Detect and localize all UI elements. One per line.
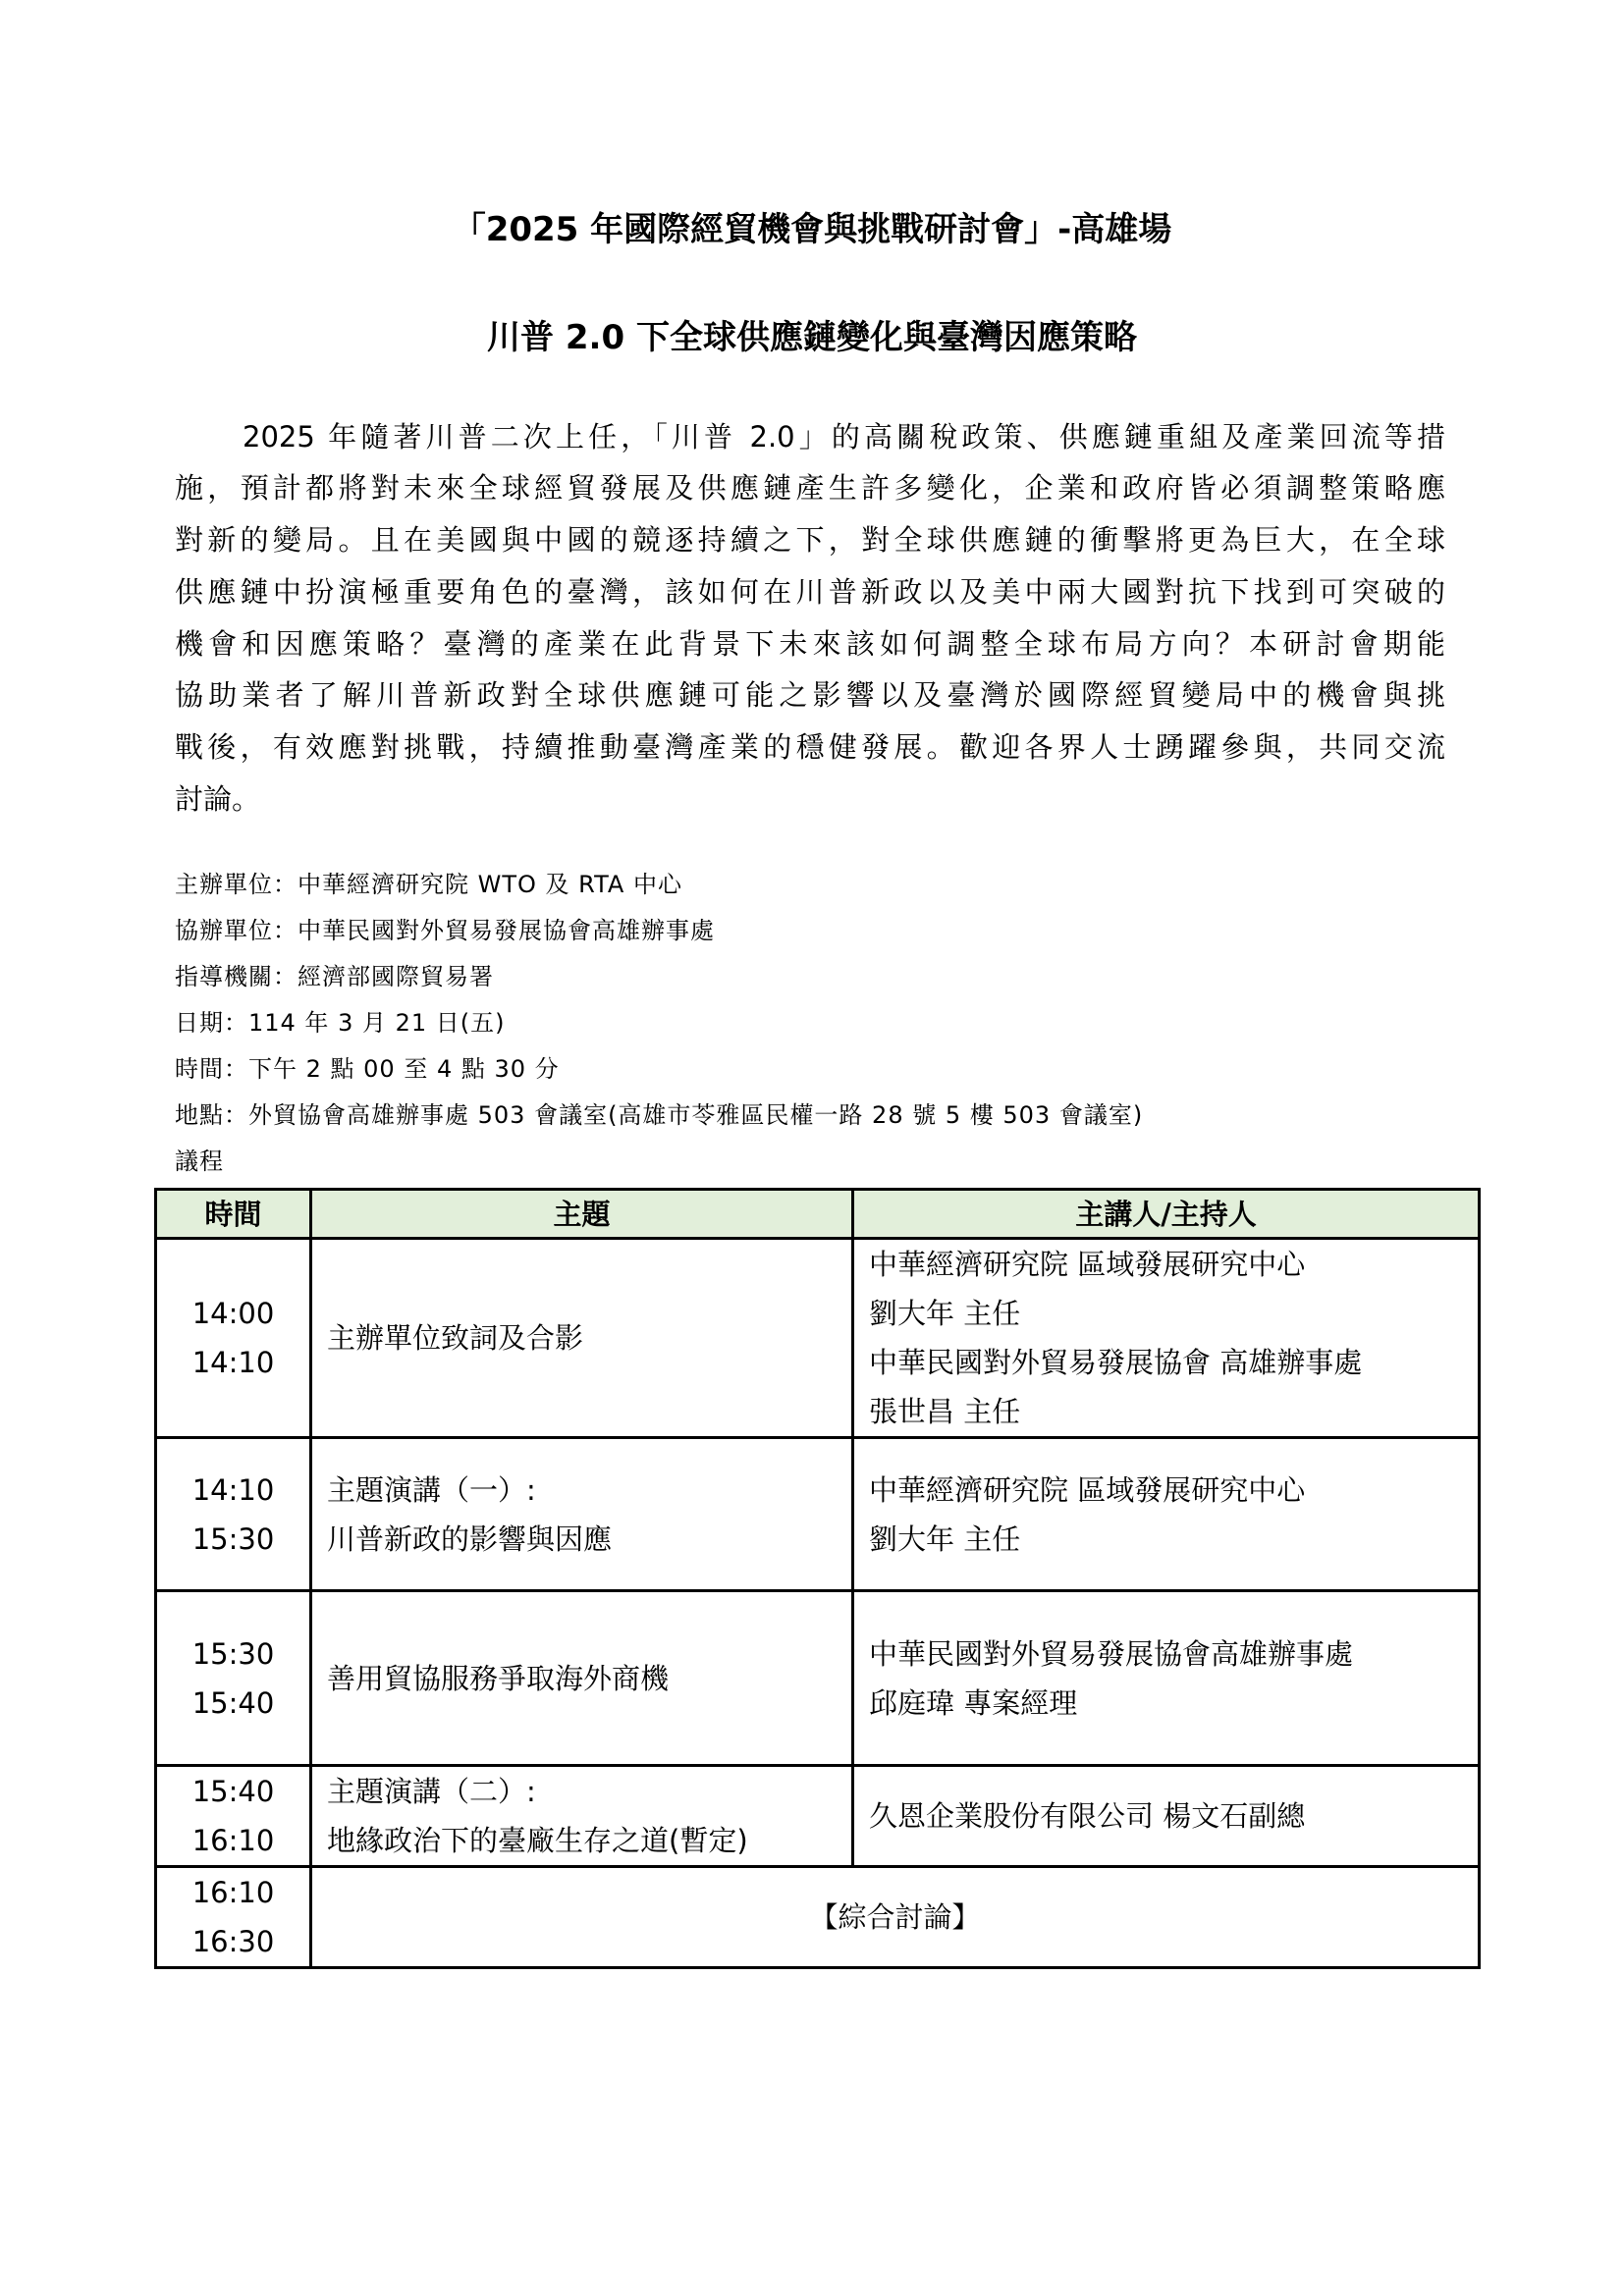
intro-line: 協助業者了解川普新政對全球供應鏈可能之影響以及臺灣於國際經貿變局中的機會與挑 [175, 675, 1445, 715]
intro-line: 戰後，有效應對挑戰，持續推動臺灣產業的穩健發展。歡迎各界人士踴躍參與，共同交流 [175, 727, 1445, 767]
document-subtitle: 川普 2.0 下全球供應鏈變化與臺灣因應策略 [0, 316, 1624, 359]
agenda-label: 議程 [175, 1146, 224, 1177]
speaker-cell: 中華經濟研究院 區域發展研究中心 劉大年 主任 中華民國對外貿易發展協會 高雄辦… [853, 1239, 1480, 1438]
co-organizer: 協辦單位：中華民國對外貿易發展協會高雄辦事處 [175, 915, 715, 946]
header-time: 時間 [156, 1190, 311, 1239]
topic-cell: 主題演講（一）: 川普新政的影響與因應 [311, 1438, 853, 1591]
event-date: 日期：114 年 3 月 21 日(五) [175, 1007, 506, 1039]
time-cell: 15:30 15:40 [156, 1591, 311, 1766]
time-end: 14:10 [157, 1338, 309, 1387]
topic-line: 主題演講（二）: [327, 1767, 851, 1816]
header-topic: 主題 [311, 1190, 853, 1239]
organizer: 主辦單位：中華經濟研究院 WTO 及 RTA 中心 [175, 869, 682, 900]
time-cell: 15:40 16:10 [156, 1766, 311, 1867]
topic-line: 主辦單位致詞及合影 [327, 1313, 851, 1362]
intro-line: 2025 年隨著川普二次上任，「川普 2.0」的高關稅政策、供應鏈重組及產業回流… [243, 417, 1445, 456]
speaker-cell: 中華民國對外貿易發展協會高雄辦事處 邱庭瑋 專案經理 [853, 1591, 1480, 1766]
agenda-row: 15:30 15:40 善用貿協服務爭取海外商機 中華民國對外貿易發展協會高雄辦… [156, 1591, 1480, 1766]
speaker-line: 中華經濟研究院 區域發展研究中心 [869, 1466, 1478, 1515]
topic-cell: 善用貿協服務爭取海外商機 [311, 1591, 853, 1766]
intro-line: 討論。 [175, 779, 1445, 819]
speaker-line: 中華民國對外貿易發展協會 高雄辦事處 [869, 1338, 1478, 1387]
time-cell: 14:10 15:30 [156, 1438, 311, 1591]
event-venue: 地點：外貿協會高雄辦事處 503 會議室(高雄市苓雅區民權一路 28 號 5 樓… [175, 1099, 1143, 1131]
intro-line: 機會和因應策略？臺灣的產業在此背景下未來該如何調整全球布局方向？本研討會期能 [175, 624, 1445, 664]
discussion-cell: 【綜合討論】 [311, 1867, 1480, 1968]
topic-line: 川普新政的影響與因應 [327, 1515, 851, 1564]
intro-line: 供應鏈中扮演極重要角色的臺灣，該如何在川普新政以及美中兩大國對抗下找到可突破的 [175, 572, 1445, 612]
agenda-row: 16:10 16:30 【綜合討論】 [156, 1867, 1480, 1968]
speaker-line: 張世昌 主任 [869, 1387, 1478, 1436]
time-end: 16:10 [157, 1816, 309, 1865]
time-start: 15:30 [157, 1629, 309, 1679]
speaker-line: 劉大年 主任 [869, 1289, 1478, 1338]
speaker-line: 中華民國對外貿易發展協會高雄辦事處 [869, 1629, 1478, 1679]
time-end: 15:30 [157, 1515, 309, 1564]
time-cell: 14:00 14:10 [156, 1239, 311, 1438]
time-start: 16:10 [157, 1868, 309, 1917]
topic-cell: 主題演講（二）: 地緣政治下的臺廠生存之道(暫定) [311, 1766, 853, 1867]
agenda-table: 時間 主題 主講人/主持人 14:00 14:10 主辦單位致詞及合影 中華經濟… [154, 1188, 1481, 1969]
event-time: 時間：下午 2 點 00 至 4 點 30 分 [175, 1053, 560, 1085]
intro-line: 對新的變局。且在美國與中國的競逐持續之下，對全球供應鏈的衝擊將更為巨大，在全球 [175, 520, 1445, 560]
speaker-line: 劉大年 主任 [869, 1515, 1478, 1564]
topic-cell: 主辦單位致詞及合影 [311, 1239, 853, 1438]
agenda-row: 15:40 16:10 主題演講（二）: 地緣政治下的臺廠生存之道(暫定) 久恩… [156, 1766, 1480, 1867]
speaker-line: 邱庭瑋 專案經理 [869, 1679, 1478, 1728]
speaker-cell: 中華經濟研究院 區域發展研究中心 劉大年 主任 [853, 1438, 1480, 1591]
agenda-row: 14:00 14:10 主辦單位致詞及合影 中華經濟研究院 區域發展研究中心 劉… [156, 1239, 1480, 1438]
supervising-agency: 指導機關：經濟部國際貿易署 [175, 961, 494, 992]
time-start: 14:10 [157, 1466, 309, 1515]
intro-line: 施，預計都將對未來全球經貿發展及供應鏈產生許多變化，企業和政府皆必須調整策略應 [175, 468, 1445, 507]
speaker-line: 久恩企業股份有限公司 楊文石副總 [869, 1791, 1478, 1841]
topic-line: 善用貿協服務爭取海外商機 [327, 1654, 851, 1703]
time-start: 14:00 [157, 1289, 309, 1338]
time-end: 16:30 [157, 1917, 309, 1966]
speaker-cell: 久恩企業股份有限公司 楊文石副總 [853, 1766, 1480, 1867]
document-title: 「2025 年國際經貿機會與挑戰研討會」-高雄場 [0, 208, 1624, 251]
header-speaker: 主講人/主持人 [853, 1190, 1480, 1239]
time-start: 15:40 [157, 1767, 309, 1816]
speaker-line: 中華經濟研究院 區域發展研究中心 [869, 1240, 1478, 1289]
agenda-header-row: 時間 主題 主講人/主持人 [156, 1190, 1480, 1239]
time-end: 15:40 [157, 1679, 309, 1728]
topic-line: 主題演講（一）: [327, 1466, 851, 1515]
topic-line: 地緣政治下的臺廠生存之道(暫定) [327, 1816, 851, 1865]
agenda-row: 14:10 15:30 主題演講（一）: 川普新政的影響與因應 中華經濟研究院 … [156, 1438, 1480, 1591]
time-cell: 16:10 16:30 [156, 1867, 311, 1968]
